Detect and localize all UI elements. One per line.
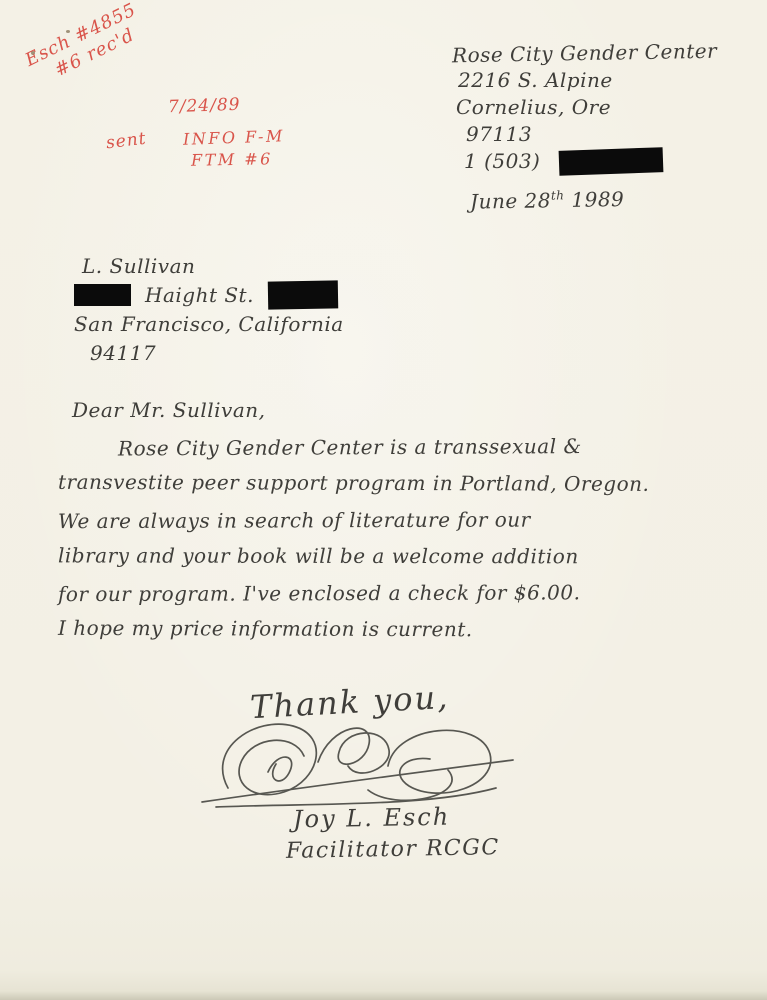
recipient-address-block: L. Sullivan Haight St. San Francisco, Ca… <box>74 252 344 368</box>
letter-date-year: 1989 <box>571 187 624 212</box>
recipient-zip: 94117 <box>74 339 344 368</box>
signer-title: Facilitator RCGC <box>286 835 500 864</box>
body-line: for our program. I've enclosed a check f… <box>58 573 734 612</box>
sender-address-block: Rose City Gender Center 2216 S. Alpine C… <box>452 40 717 214</box>
letter-body: Dear Mr. Sullivan, Rose City Gender Cent… <box>58 392 734 648</box>
body-line: transvestite peer support program in Por… <box>58 464 734 503</box>
signature-scribble <box>198 710 516 812</box>
salutation: Dear Mr. Sullivan, <box>58 392 734 429</box>
letter-date-main: June 28 <box>470 188 551 213</box>
sender-phone-line: 1 (503) <box>452 148 717 175</box>
letter-date-suffix: th <box>551 188 565 202</box>
signer-name: Joy L. Esch <box>293 803 451 834</box>
letter-page: Esch #4855 #6 rec'd 7/24/89 sent INFO F-… <box>0 0 767 1000</box>
recipient-street-label: Haight St. <box>145 283 254 307</box>
sender-city: Cornelius, Ore <box>452 94 717 121</box>
recipient-street-line: Haight St. <box>74 281 344 310</box>
body-line: Rose City Gender Center is a transsexual… <box>58 427 734 467</box>
recipient-name: L. Sullivan <box>74 252 344 281</box>
redaction-bar-street-suffix <box>268 280 338 309</box>
body-line: We are always in search of literature fo… <box>58 500 734 539</box>
body-line: library and your book will be a welcome … <box>58 537 734 575</box>
body-line: I hope my price information is current. <box>58 610 734 649</box>
archival-corner-note: Esch #4855 #6 rec'd <box>22 0 150 92</box>
recipient-city-state: San Francisco, California <box>74 310 344 339</box>
sender-phone-prefix: 1 (503) <box>464 149 540 173</box>
redaction-bar-phone <box>559 147 664 176</box>
redaction-bar-street-number <box>74 284 131 306</box>
sender-street: 2216 S. Alpine <box>452 67 717 94</box>
letter-date: June 28th 1989 <box>452 180 718 216</box>
page-bottom-edge <box>0 991 767 1000</box>
sender-zip: 97113 <box>452 121 717 148</box>
archival-date-stamp: 7/24/89 <box>168 95 241 118</box>
archival-sent-item-1: INFO F-M <box>183 126 285 149</box>
archival-sent-label: sent <box>105 129 148 154</box>
archival-sent-item-2: FTM #6 <box>191 149 273 169</box>
sender-org-name: Rose City Gender Center <box>452 38 718 70</box>
